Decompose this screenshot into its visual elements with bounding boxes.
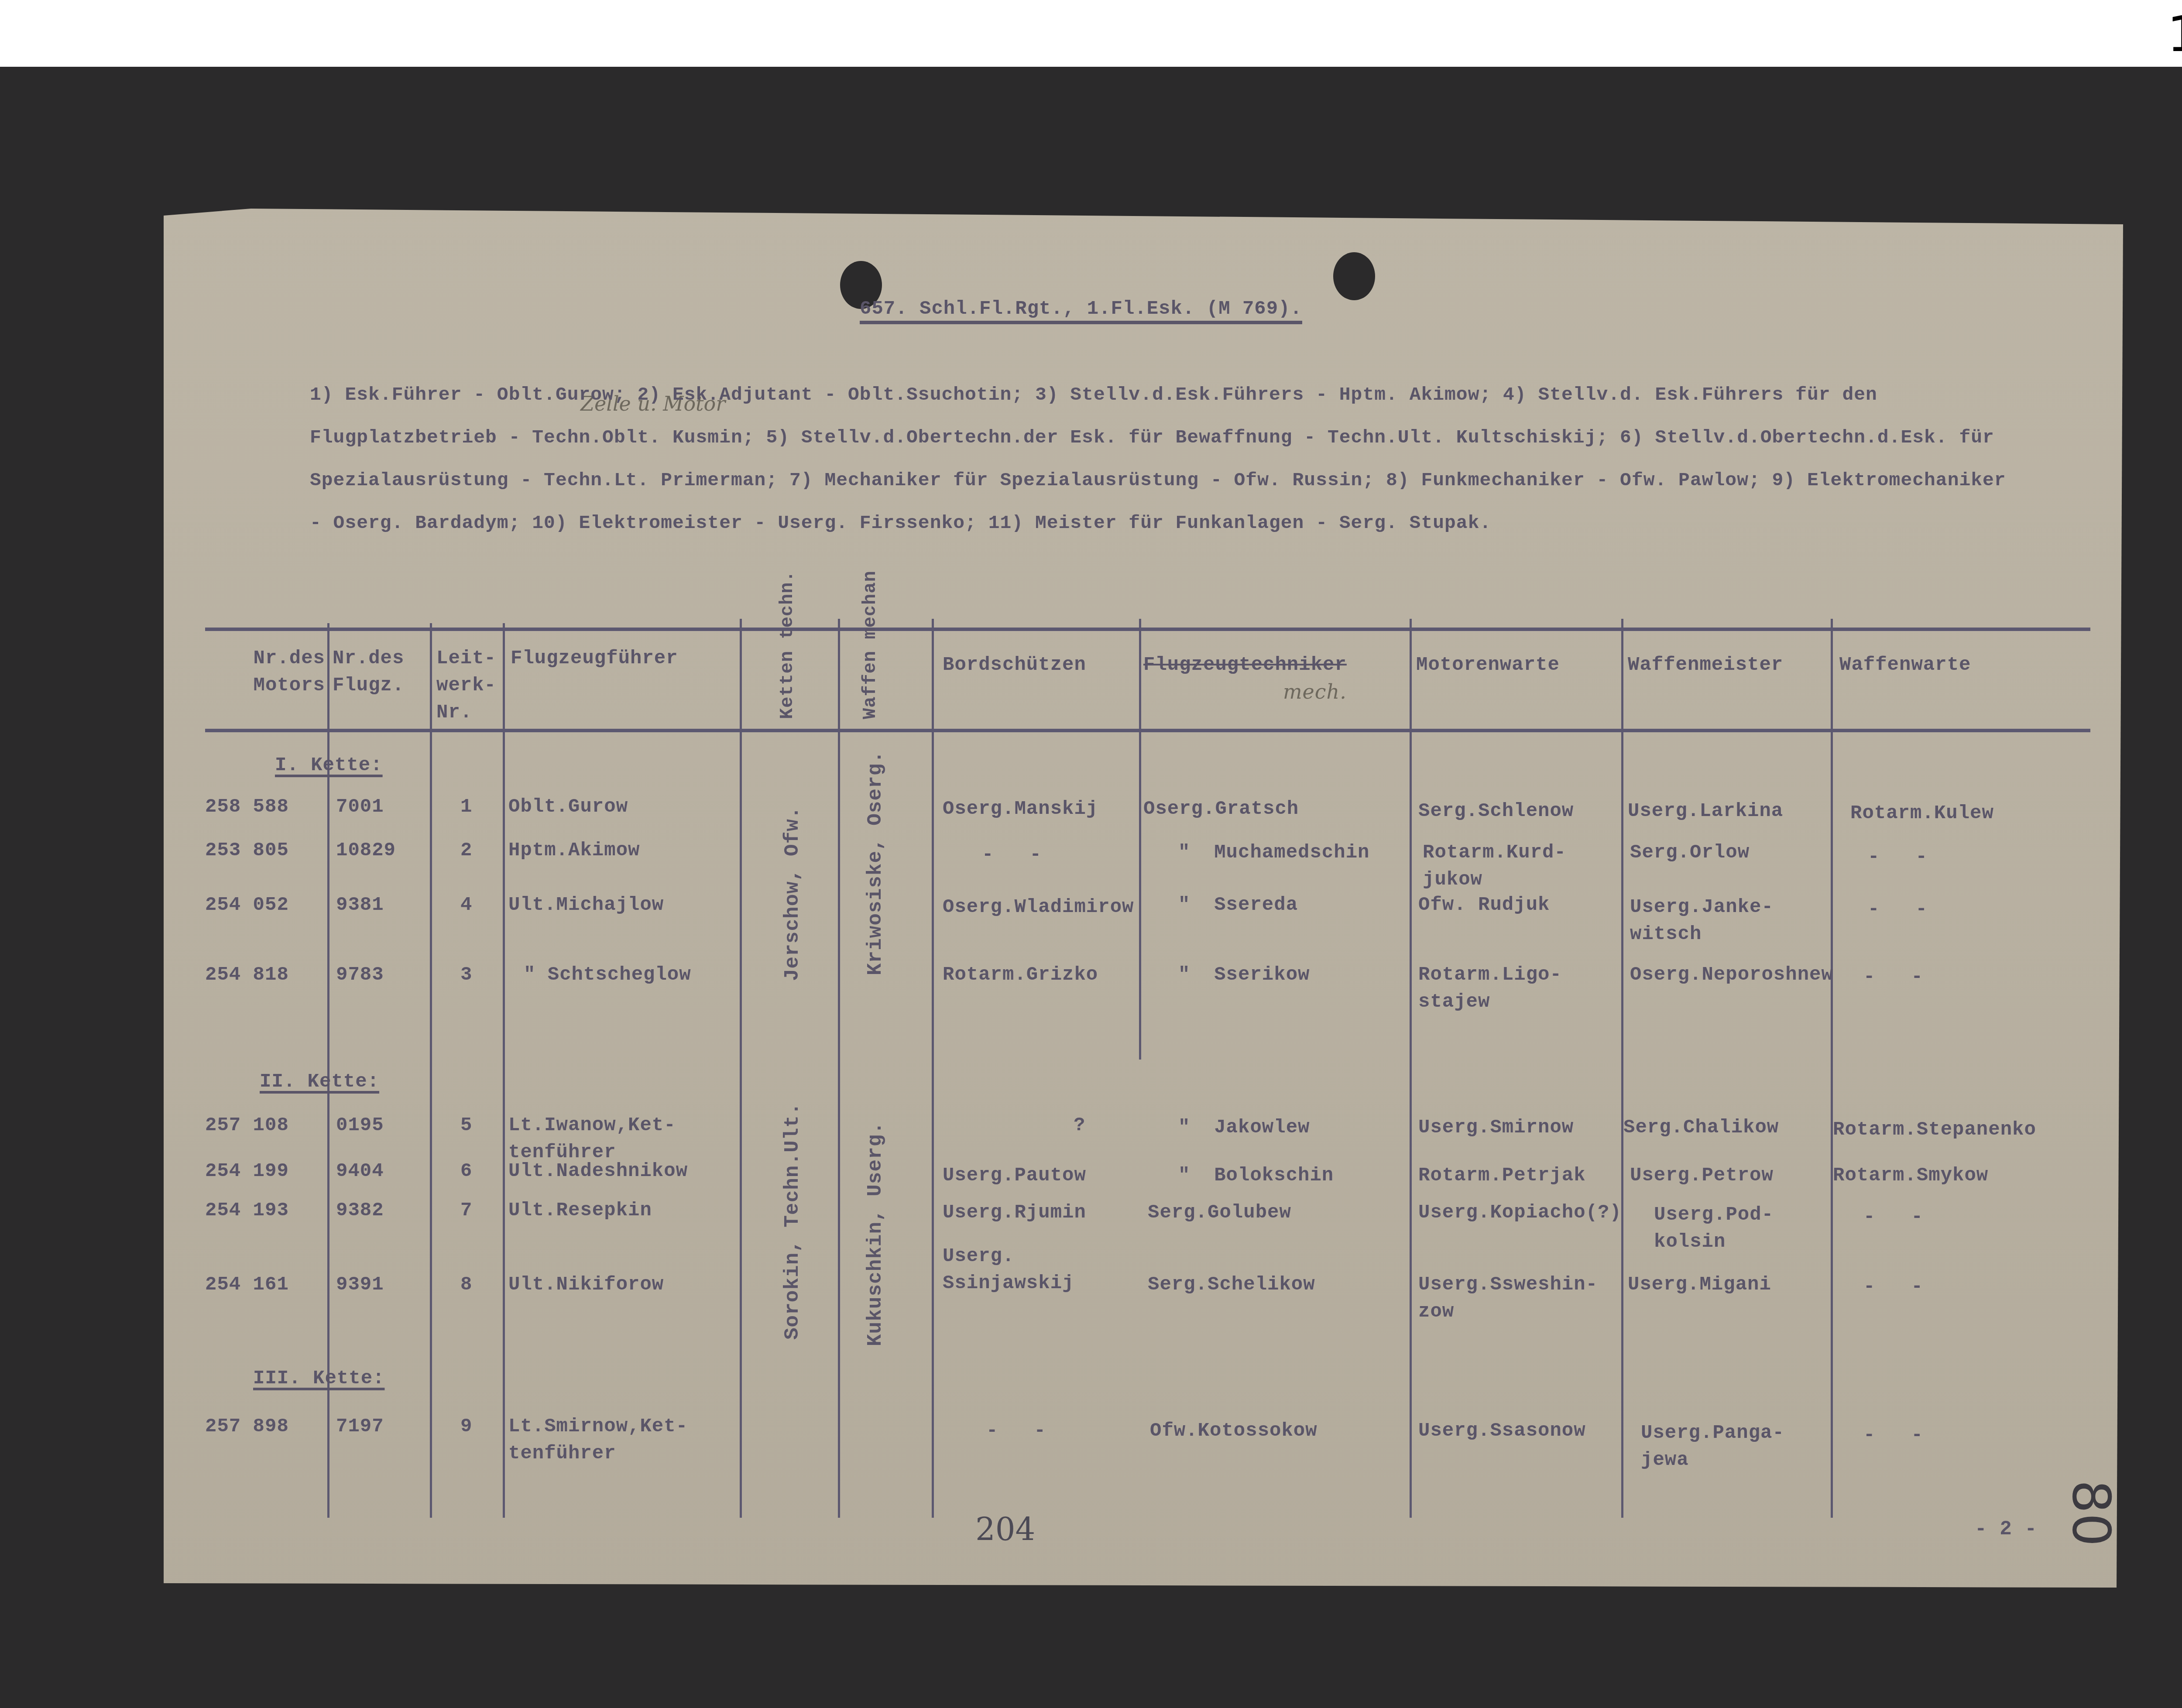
table-header-rule: [205, 729, 2090, 732]
table-row-bordschuetze: Userg.Rjumin: [943, 1199, 1086, 1226]
table-row-flugz: 9391: [336, 1271, 384, 1298]
col-divider: [503, 623, 505, 1518]
table-row-motor: 254 818: [205, 961, 289, 988]
staff-item: 8) Funkmechaniker - Ofw. Pawlow;: [1386, 470, 1760, 491]
table-row-waffenmeister: Serg.Orlow: [1630, 839, 1750, 866]
kettentechn-kette-2: Sorokin, Techn.Ult.: [781, 1064, 804, 1378]
table-row-bordschuetze: Oserg.Manskij: [943, 796, 1098, 823]
archive-page-number: 162: [2167, 6, 2182, 63]
table-row-motor: 254 199: [205, 1158, 289, 1185]
header-waffenmeister: Waffenmeister: [1628, 652, 1783, 679]
staff-item: 7) Mechaniker für Spezialausrüstung - Of…: [789, 470, 1374, 491]
staff-item: 5) Stellv.d.Obertechn.der Esk. für Bewaf…: [766, 427, 1608, 448]
table-row-pilot: Oblt.Gurow: [508, 793, 628, 820]
staff-item: 1) Esk.Führer - Oblt.Gurow;: [310, 384, 626, 405]
table-row-leitwerk: 8: [460, 1271, 472, 1298]
header-motorenwarte: Motorenwarte: [1416, 652, 1560, 679]
waffenmechan-kette-2: Kukuschkin, Userg.: [864, 1081, 887, 1387]
table-row-leitwerk: 5: [460, 1112, 472, 1139]
col-divider: [932, 619, 934, 1518]
table-top-rule: [205, 628, 2090, 631]
table-row-waffenmeister: Userg.Migani: [1628, 1271, 1771, 1298]
header-strip: 162: [0, 0, 2182, 67]
table-row-bordschuetze: Userg.Pautow: [943, 1162, 1086, 1189]
table-row-motorenwart: Userg.Ssasonow: [1418, 1417, 1586, 1444]
col-divider: [1139, 619, 1141, 1060]
table-row-flugz: 7001: [336, 793, 384, 820]
header-leitwerk-nr: Leit- werk- Nr.: [436, 645, 496, 726]
col-divider: [838, 619, 840, 1518]
table-row-pilot: Ult.Nikiforow: [508, 1271, 664, 1298]
table-row-flugz: 9382: [336, 1197, 384, 1224]
header-waffenwarte: Waffenwarte: [1839, 652, 1971, 679]
table-row-waffenwart: - -: [1863, 1273, 1923, 1300]
table-row-pilot: Ult.Michajlow: [508, 892, 664, 919]
table-row-motorenwart: Rotarm.Kurd- jukow: [1423, 839, 1566, 893]
table-row-waffenmeister: Userg.Janke- witsch: [1630, 894, 1774, 948]
staff-item: 10) Elektromeister - Userg. Firssenko;: [532, 512, 977, 534]
table-row-waffenmeister: Userg.Petrow: [1630, 1162, 1774, 1189]
header-flugzeugmech: Flugzeugtechniker: [1143, 652, 1347, 679]
col-divider: [740, 619, 742, 1518]
table-row-flugz: 0195: [336, 1112, 384, 1139]
table-row-flugzeugmech: Serg.Schelikow: [1148, 1271, 1315, 1298]
table-row-flugz: 9381: [336, 892, 384, 919]
table-row-flugz: 7197: [336, 1413, 384, 1440]
staff-list: 1) Esk.Führer - Oblt.Gurow; 2) Esk.Adjut…: [310, 374, 2012, 545]
table-row-leitwerk: 2: [460, 837, 472, 864]
table-row-pilot: " Schtscheglow: [524, 961, 691, 988]
table-row-flugzeugmech: Serg.Golubew: [1148, 1199, 1291, 1226]
group-label-kette-3: III. Kette:: [253, 1365, 384, 1392]
table-row-waffenmeister: Userg.Panga- jewa: [1641, 1420, 1784, 1474]
stamp-number: 204: [975, 1511, 1035, 1548]
document-title: 657. Schl.Fl.Rgt., 1.Fl.Esk. (M 769).: [860, 298, 1302, 324]
page-footer: - 2 -: [1975, 1518, 2037, 1540]
table-row-flugzeugmech: " Ssereda: [1178, 892, 1298, 919]
table-row-flugzeugmech: " Sserikow: [1178, 961, 1310, 988]
table-row-bordschuetze: Rotarm.Grizko: [943, 961, 1098, 988]
staff-item: 11) Meister für Funkanlagen - Serg. Stup…: [988, 512, 1492, 534]
header-bordschuetzen: Bordschützen: [943, 652, 1086, 679]
header-waffenmechan: Waffen mechan: [860, 636, 881, 719]
header-motor-nr: Nr.des Motors: [231, 645, 325, 699]
table-row-leitwerk: 1: [460, 793, 472, 820]
table-row-waffenwart: - -: [1863, 1422, 1923, 1449]
header-flugz-nr: Nr.des Flugz.: [333, 645, 404, 699]
table-row-motorenwart: Userg.Smirnow: [1418, 1114, 1574, 1141]
table-row-waffenmeister: Userg.Pod- kolsin: [1654, 1201, 1774, 1255]
table-row-motor: 253 805: [205, 837, 289, 864]
table-row-leitwerk: 3: [460, 961, 472, 988]
table-row-leitwerk: 4: [460, 892, 472, 919]
table-row-flugz: 9404: [336, 1158, 384, 1185]
punch-hole-right: [1333, 252, 1375, 300]
table-row-motorenwart: Rotarm.Ligo- stajew: [1418, 961, 1562, 1015]
header-pilot: Flugzeugführer: [511, 645, 678, 672]
table-row-leitwerk: 6: [460, 1158, 472, 1185]
table-row-motorenwart: Userg.Kopiacho(?): [1418, 1199, 1622, 1226]
table-row-flugz: 10829: [336, 837, 396, 864]
table-row-motorenwart: Rotarm.Petrjak: [1418, 1162, 1586, 1189]
col-divider: [1410, 619, 1412, 1518]
table-row-waffenwart: Rotarm.Smykow: [1833, 1162, 1988, 1189]
table-row-motor: 254 052: [205, 892, 289, 919]
table-row-bordschuetze: Oserg.Wladimirow: [943, 894, 1134, 921]
table-row-motorenwart: Serg.Schlenow: [1418, 798, 1574, 825]
table-row-waffenwart: - -: [1863, 964, 1923, 991]
table-row-bordschuetze: Userg. Ssinjawskij: [943, 1243, 1074, 1297]
waffenmechan-kette-1: Kriwosiske, Oserg.: [864, 732, 887, 994]
table-row-waffenmeister: Userg.Larkina: [1628, 798, 1783, 825]
table-row-motor: 257 108: [205, 1112, 289, 1139]
table-row-bordschuetze: - -: [982, 841, 1042, 868]
table-row-flugz: 9783: [336, 961, 384, 988]
side-number: 80: [2061, 1480, 2121, 1547]
table-row-pilot: Lt.Smirnow,Ket- tenführer: [508, 1413, 688, 1467]
table-row-flugzeugmech: " Muchamedschin: [1178, 839, 1369, 866]
table-row-waffenmeister: Oserg.Neporoshnew: [1630, 961, 1833, 988]
table-row-waffenwart: - -: [1868, 844, 1928, 871]
table-row-waffenwart: Rotarm.Kulew: [1850, 800, 1994, 827]
table-row-flugzeugmech: " Jakowlew: [1178, 1114, 1310, 1141]
group-label-kette-1: I. Kette:: [275, 752, 383, 779]
staff-item: 2) Esk.Adjutant - Oblt.Ssuchotin;: [638, 384, 1024, 405]
personnel-table: Nr.des Motors Nr.des Flugz. Leit- werk- …: [205, 628, 2090, 1553]
col-divider: [1621, 619, 1623, 1518]
table-row-motor: 254 161: [205, 1271, 289, 1298]
table-row-motor: 257 898: [205, 1413, 289, 1440]
kettentechn-kette-1: Jerschow, Ofw.: [781, 737, 804, 1051]
table-row-leitwerk: 7: [460, 1197, 472, 1224]
table-row-flugzeugmech: Ofw.Kotossokow: [1150, 1417, 1317, 1444]
table-row-motorenwart: Userg.Ssweshin- zow: [1418, 1271, 1598, 1325]
document-sheet: 657. Schl.Fl.Rgt., 1.Fl.Esk. (M 769). Ze…: [164, 209, 2123, 1588]
table-row-leitwerk: 9: [460, 1413, 472, 1440]
table-row-bordschuetze: - -: [986, 1417, 1046, 1444]
table-row-waffenwart: - -: [1863, 1204, 1923, 1231]
col-divider: [1831, 619, 1833, 1518]
table-row-flugzeugmech: Oserg.Gratsch: [1143, 796, 1299, 823]
table-row-bordschuetze: ?: [1074, 1112, 1085, 1139]
table-row-waffenwart: - -: [1868, 896, 1928, 923]
table-row-flugzeugmech: " Bolokschin: [1178, 1162, 1334, 1189]
table-row-motor: 254 193: [205, 1197, 289, 1224]
staff-item: 3) Stellv.d.Esk.Führers - Hptm. Akimow;: [1035, 384, 1491, 405]
table-row-motor: 258 588: [205, 793, 289, 820]
table-row-waffenwart: Rotarm.Stepanenko: [1833, 1116, 2036, 1143]
table-row-pilot: Ult.Resepkin: [508, 1197, 652, 1224]
group-label-kette-2: II. Kette:: [260, 1068, 379, 1095]
table-row-waffenmeister: Serg.Chalikow: [1623, 1114, 1779, 1141]
table-row-motorenwart: Ofw. Rudjuk: [1418, 892, 1550, 919]
header-kettentechn: Ketten techn.: [777, 636, 798, 719]
table-row-pilot: Hptm.Akimow: [508, 837, 640, 864]
col-divider: [430, 623, 432, 1518]
table-row-pilot: Ult.Nadeshnikow: [508, 1158, 688, 1185]
handwritten-note-mech: mech.: [1283, 680, 1347, 703]
